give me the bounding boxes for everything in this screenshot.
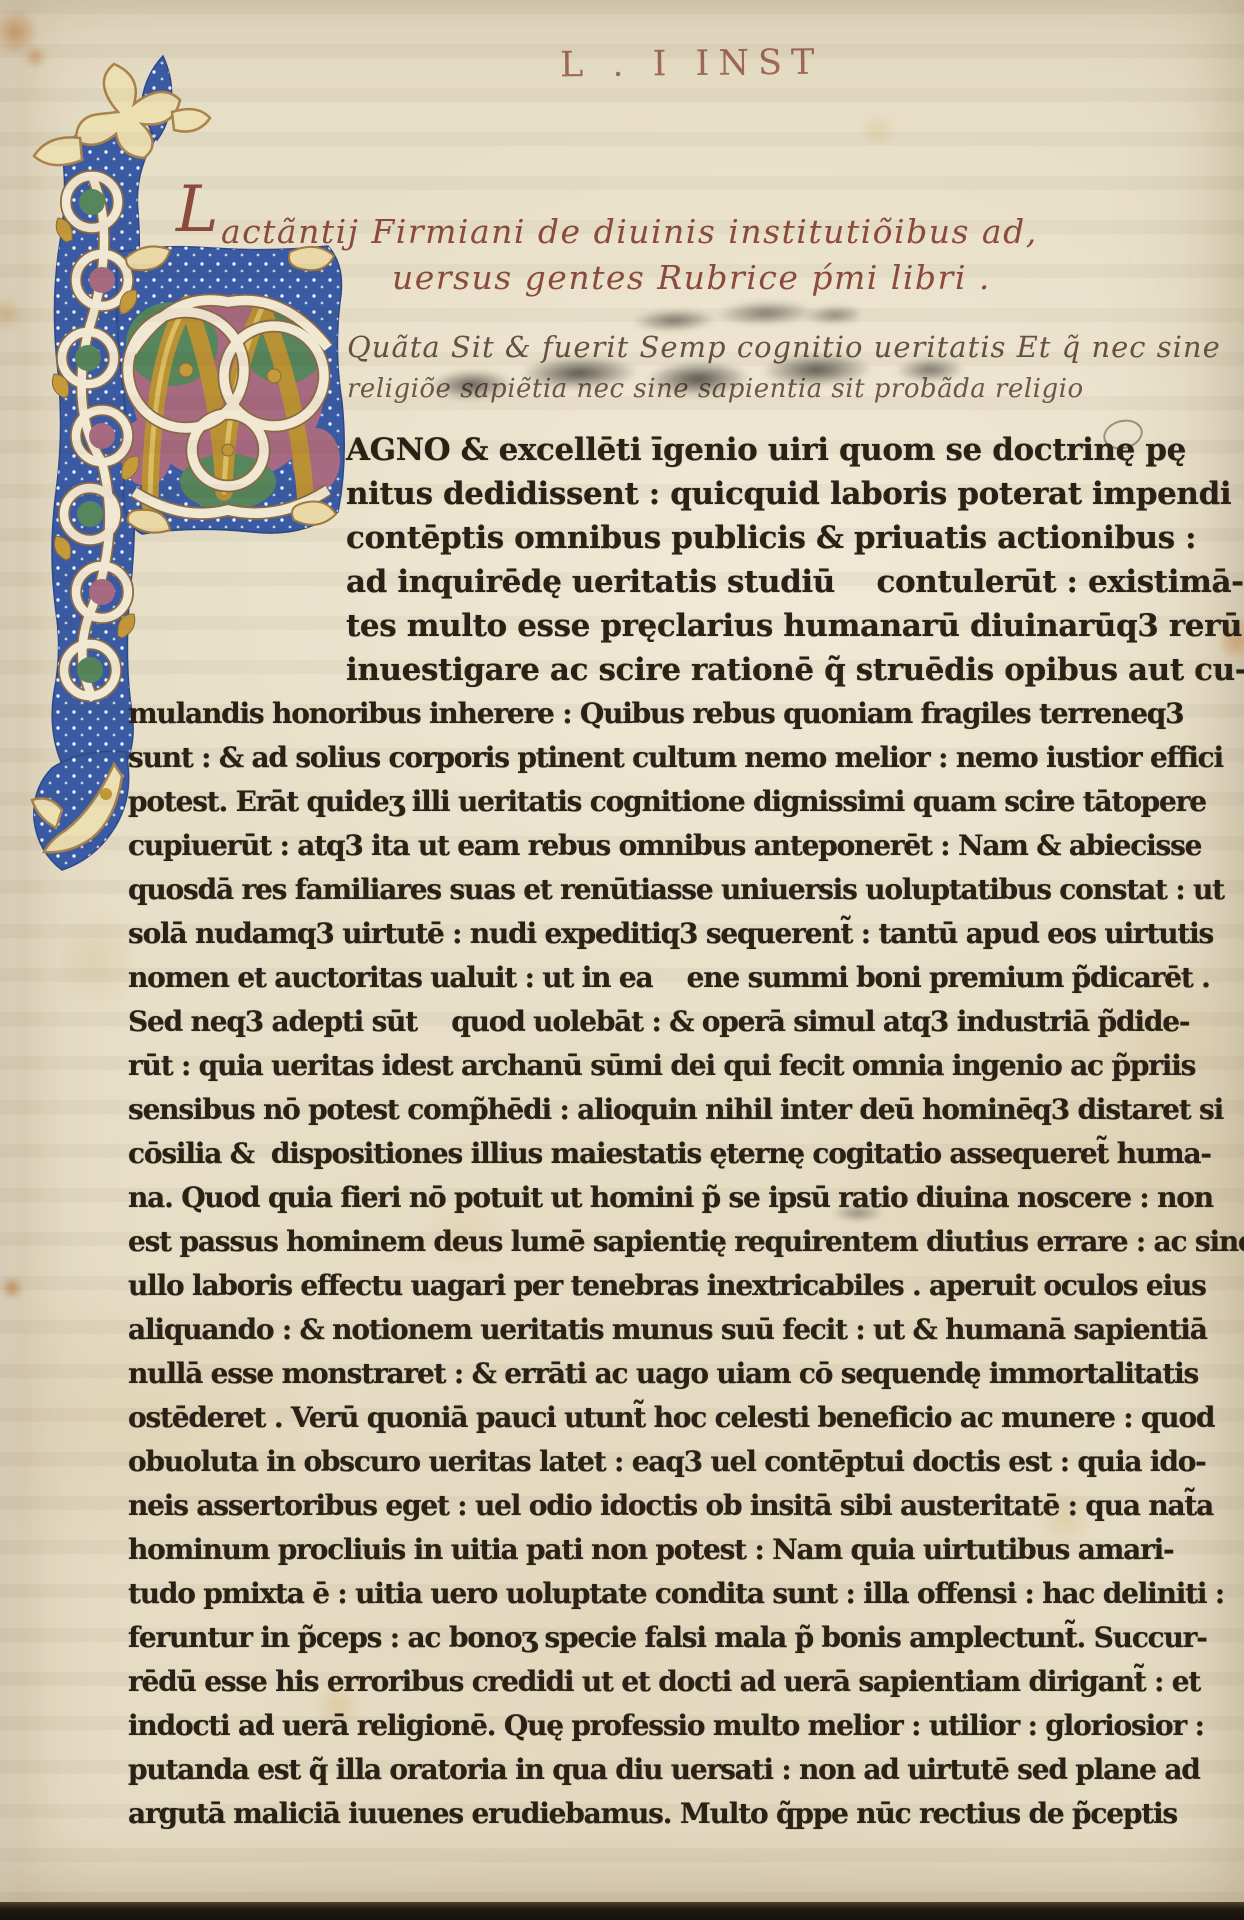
text-line: Sed neq3 adepti sūt quod uolebāt : & ope… <box>128 1000 1244 1044</box>
foxing-stain <box>0 292 20 336</box>
text-line: sunt : & ad solius corporis ptinent cult… <box>128 736 1244 780</box>
text-line: rūt : quia ueritas idest archanū sūmi de… <box>128 1044 1244 1088</box>
body-text-indented: AGNO & excellēti īgenio uiri quom se doc… <box>346 428 1244 692</box>
text-line: aliquando : & notionem ueritatis munus s… <box>128 1308 1244 1352</box>
text-line: est passus hominem deus lumē sapientię r… <box>128 1220 1244 1264</box>
text-line: tudo pmixta ē : uitia uero uoluptate con… <box>128 1572 1244 1616</box>
text-line: feruntur in p̃ceps : ac bonoʒ specie fal… <box>128 1616 1244 1660</box>
text-line: nomen et auctoritas ualuit : ut in ea en… <box>128 956 1244 1000</box>
text-line: contēptis omnibus publicis & priuatis ac… <box>346 516 1244 560</box>
text-line: neis assertoribus eget : uel odio idocti… <box>128 1484 1244 1528</box>
text-line: AGNO & excellēti īgenio uiri quom se doc… <box>346 428 1244 472</box>
text-line: ostēderet . Verū quoniā pauci utunt̃ hoc… <box>128 1396 1244 1440</box>
text-line: rēdū esse his erroribus credidi ut et do… <box>128 1660 1244 1704</box>
text-line: quosdā res familiares suas et renūtiasse… <box>128 868 1244 912</box>
text-line: hominum procliuis in uitia pati non pote… <box>128 1528 1244 1572</box>
text-line: mulandis honoribus inherere : Quibus reb… <box>128 692 1244 736</box>
text-line: potest. Erāt quideʒ illi ueritatis cogni… <box>128 780 1244 824</box>
text-line: cupiuerūt : atq3 ita ut eam rebus omnibu… <box>128 824 1244 868</box>
text-line: putanda est q̃ illa oratoria in qua diu … <box>128 1748 1244 1792</box>
text-line: solā nudamq3 uirtutē : nudi expeditiq3 s… <box>128 912 1244 956</box>
chapter-heading-line: religiõe sapiẽtia nec sine sapientia sit… <box>347 374 1084 404</box>
page-bottom-edge <box>0 1902 1244 1920</box>
text-line: na. Quod quia fieri nō potuit ut homini … <box>128 1176 1244 1220</box>
text-line: inuestigare ac scire rationē q̃ struēdis… <box>346 648 1244 692</box>
chapter-heading-line: Quãta Sit & fuerit Semp cognitio ueritat… <box>347 330 1221 364</box>
text-line: indocti ad uerā religionē. Quę professio… <box>128 1704 1244 1748</box>
manuscript-page: L . I INST L actãntij Firmiani de diuini… <box>0 0 1244 1920</box>
text-line: ad inquirēdę ueritatis studiū contulerūt… <box>346 560 1244 604</box>
text-line: nitus dedidissent : quicquid laboris pot… <box>346 472 1244 516</box>
text-line: argutā maliciā iuuenes erudiebamus. Mult… <box>128 1792 1244 1836</box>
body-text-full: mulandis honoribus inherere : Quibus reb… <box>128 692 1244 1836</box>
text-line: cōsilia & dispositiones illius maiestati… <box>128 1132 1244 1176</box>
rubric-title-line: uersus gentes Rubrice ṕmi libri . <box>392 258 991 297</box>
text-line: nullā esse monstraret : & errāti ac uago… <box>128 1352 1244 1396</box>
foxing-stain <box>856 116 900 144</box>
foxing-stain <box>60 900 130 1020</box>
foxing-stain <box>0 1276 24 1300</box>
header-inscription: L . I INST <box>560 43 824 86</box>
text-line: ullo laboris effectu uagari per tenebras… <box>128 1264 1244 1308</box>
text-line: obuoluta in obscuro ueritas latet : eaq3… <box>128 1440 1244 1484</box>
text-line: sensibus nō potest comp̃hēdi : alioquin … <box>128 1088 1244 1132</box>
foxing-stain <box>0 10 40 54</box>
text-line: tes multo esse pręclarius humanarū diuin… <box>346 604 1244 648</box>
